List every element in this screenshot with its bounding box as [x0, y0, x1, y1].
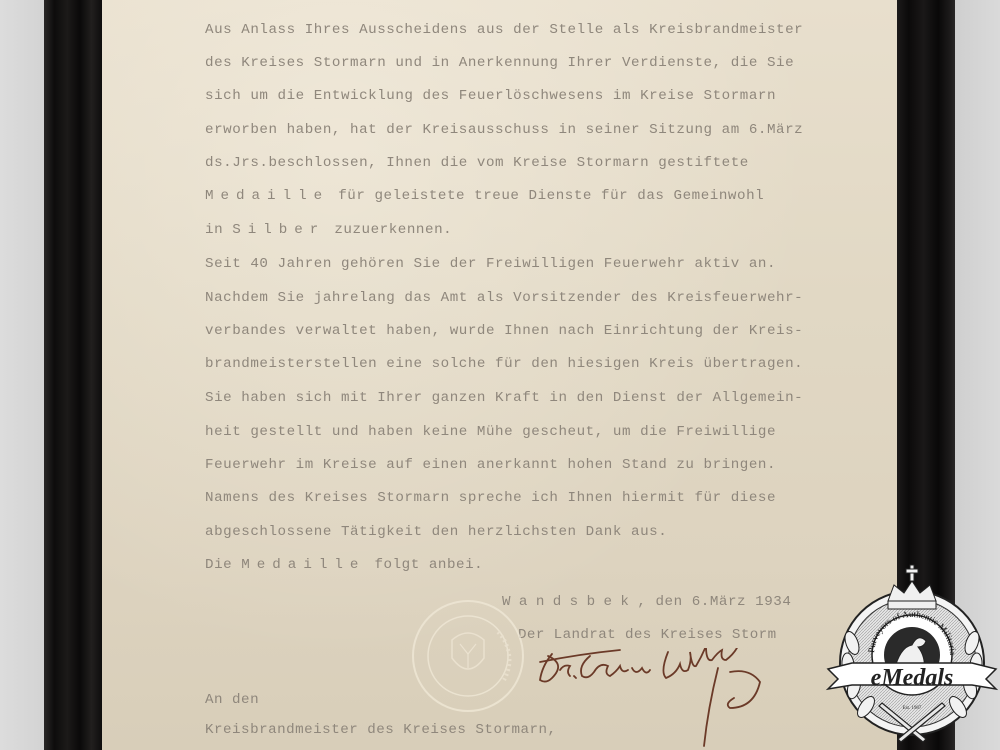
picture-frame-left-edge: [44, 0, 102, 750]
body-line: Feuerwehr im Kreise auf einen anerkannt …: [205, 455, 776, 475]
body-line: Aus Anlass Ihres Ausscheidens aus der St…: [205, 20, 803, 40]
place-and-date: Wandsbek, den 6.März 1934: [502, 594, 791, 610]
emedals-watermark-logo-icon: eMedals Est. 1987 Purveyors of Authentic…: [822, 553, 1000, 750]
body-line: Seit 40 Jahren gehören Sie der Freiwilli…: [205, 254, 776, 274]
body-line: abgeschlossene Tätigkeit den herzlichste…: [205, 522, 667, 542]
body-line: Die Medaille folgt anbei.: [205, 555, 483, 575]
body-line-rest: für geleistete treue Dienste für das Gem…: [329, 188, 764, 204]
handwritten-signature: Dr. Bock v. Wülfingen: [530, 648, 830, 748]
body-line-rest: zuzuerkennen.: [325, 222, 452, 238]
spaced-word-medaille: Medaille: [241, 557, 365, 573]
body-line: verbandes verwaltet haben, wurde Ihnen n…: [205, 321, 803, 341]
body-line-rest: folgt anbei.: [365, 557, 483, 573]
logo-established-text: Est. 1987: [903, 706, 922, 711]
addressee-line-2: Kreisbrandmeister des Kreises Stormarn,: [205, 722, 557, 738]
date-text: , den 6.März 1934: [637, 594, 791, 610]
body-line: brandmeisterstellen eine solche für den …: [205, 354, 803, 374]
logo-brand-text: eMedals: [871, 665, 954, 691]
body-line: Medaille für geleistete treue Dienste fü…: [205, 186, 764, 206]
spaced-word-silber: Silber: [232, 222, 325, 238]
body-line: des Kreises Stormarn und in Anerkennung …: [205, 53, 794, 73]
body-line: in Silber zuzuerkennen.: [205, 220, 452, 240]
official-title: Der Landrat des Kreises Storm: [518, 627, 777, 643]
body-line: ds.Jrs.beschlossen, Ihnen die vom Kreise…: [205, 153, 749, 173]
wall-background-left: [0, 0, 46, 750]
body-line-prefix: Die: [205, 557, 241, 573]
body-line: Namens des Kreises Stormarn spreche ich …: [205, 488, 776, 508]
addressee-line-1: An den: [205, 692, 259, 708]
body-line: sich um die Entwicklung des Feuerlöschwe…: [205, 86, 776, 106]
body-line-prefix: in: [205, 222, 232, 238]
body-line: heit gestellt und haben keine Mühe gesch…: [205, 422, 776, 442]
embossed-seal-icon: [400, 592, 530, 722]
spaced-word-medaille: Medaille: [205, 188, 329, 204]
body-line: erworben haben, hat der Kreisausschuss i…: [205, 120, 803, 140]
body-line: Sie haben sich mit Ihrer ganzen Kraft in…: [205, 388, 803, 408]
body-line: Nachdem Sie jahrelang das Amt als Vorsit…: [205, 288, 803, 308]
